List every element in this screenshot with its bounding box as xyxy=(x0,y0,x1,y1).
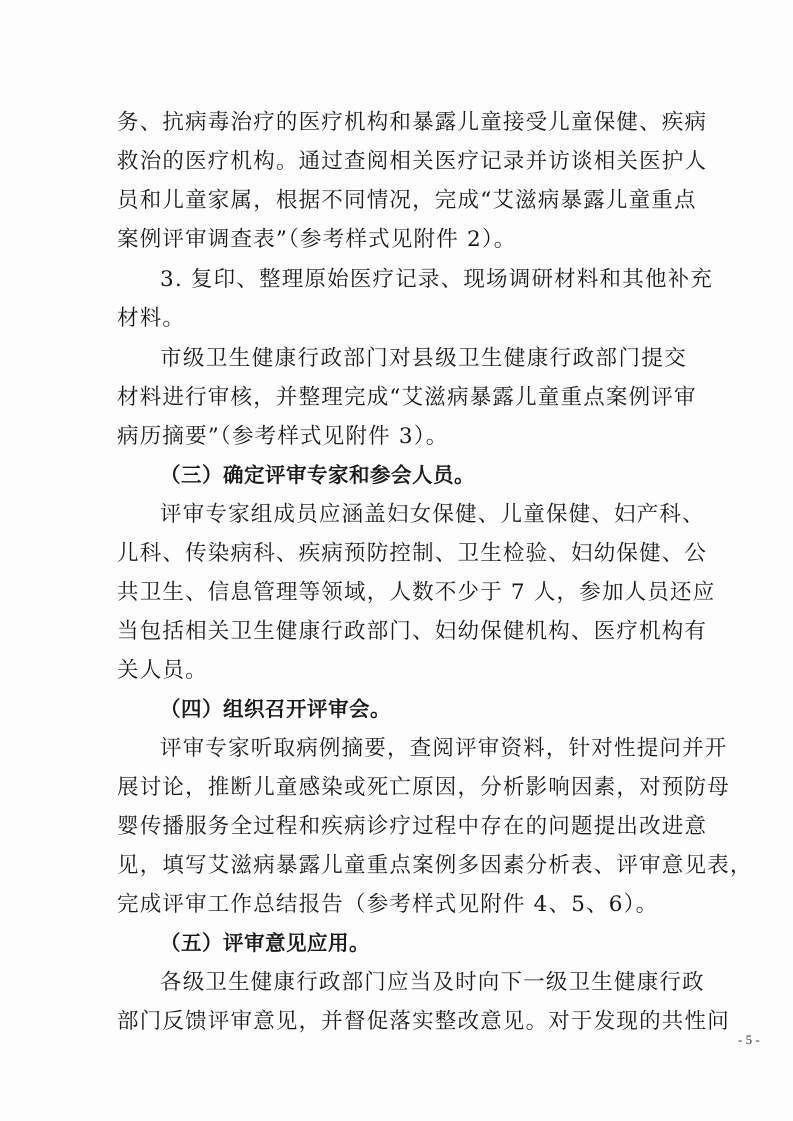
document-page: 务、抗病毒治疗的医疗机构和暴露儿童接受儿童保健、疾病 救治的医疗机构。通过查阅相… xyxy=(0,0,793,1121)
text-line: 病历摘要”（参考样式见附件 3）。 xyxy=(117,417,687,456)
text-line: 务、抗病毒治疗的医疗机构和暴露儿童接受儿童保健、疾病 xyxy=(117,103,687,142)
text-line: 关人员。 xyxy=(117,651,687,690)
text-line: 材料进行审核，并整理完成“艾滋病暴露儿童重点案例评审 xyxy=(117,378,687,417)
text-line: 救治的医疗机构。通过查阅相关医疗记录并访谈相关医护人 xyxy=(117,142,687,181)
text-line: 案例评审调查表”（参考样式见附件 2）。 xyxy=(117,220,687,259)
text-line: 员和儿童家属，根据不同情况，完成“艾滋病暴露儿童重点 xyxy=(117,181,687,220)
section-heading-4: （四）组织召开评审会。 xyxy=(160,690,391,729)
section-heading-5: （五）评审意见应用。 xyxy=(160,924,370,963)
text-line: 完成评审工作总结报告（参考样式见附件 4、5、6）。 xyxy=(117,885,687,924)
paragraph-start: 评审专家听取病例摘要，查阅评审资料，针对性提问并开 xyxy=(160,729,687,768)
text-line: 儿科、传染病科、疾病预防控制、卫生检验、妇幼保健、公 xyxy=(117,534,687,573)
text-line: 展讨论，推断儿童感染或死亡原因，分析影响因素，对预防母 xyxy=(117,768,687,807)
paragraph-start: 各级卫生健康行政部门应当及时向下一级卫生健康行政 xyxy=(160,963,687,1002)
paragraph-start: 评审专家组成员应涵盖妇女保健、儿童保健、妇产科、 xyxy=(160,495,687,534)
text-line: 婴传播服务全过程和疾病诊疗过程中存在的问题提出改进意 xyxy=(117,807,687,846)
text-line: 见，填写艾滋病暴露儿童重点案例多因素分析表、评审意见表， xyxy=(117,846,687,885)
list-item-3: 3. 复印、整理原始医疗记录、现场调研材料和其他补充 xyxy=(160,260,687,299)
text-line: 部门反馈评审意见，并督促落实整改意见。对于发现的共性问 xyxy=(117,1002,687,1041)
page-number: - 5 - xyxy=(738,1032,760,1048)
paragraph-start: 市级卫生健康行政部门对县级卫生健康行政部门提交 xyxy=(160,339,687,378)
section-heading-3: （三）确定评审专家和参会人员。 xyxy=(160,456,475,495)
text-line: 共卫生、信息管理等领域，人数不少于 7 人，参加人员还应 xyxy=(117,573,687,612)
text-line: 材料。 xyxy=(117,299,687,338)
text-line: 当包括相关卫生健康行政部门、妇幼保健机构、医疗机构有 xyxy=(117,612,687,651)
